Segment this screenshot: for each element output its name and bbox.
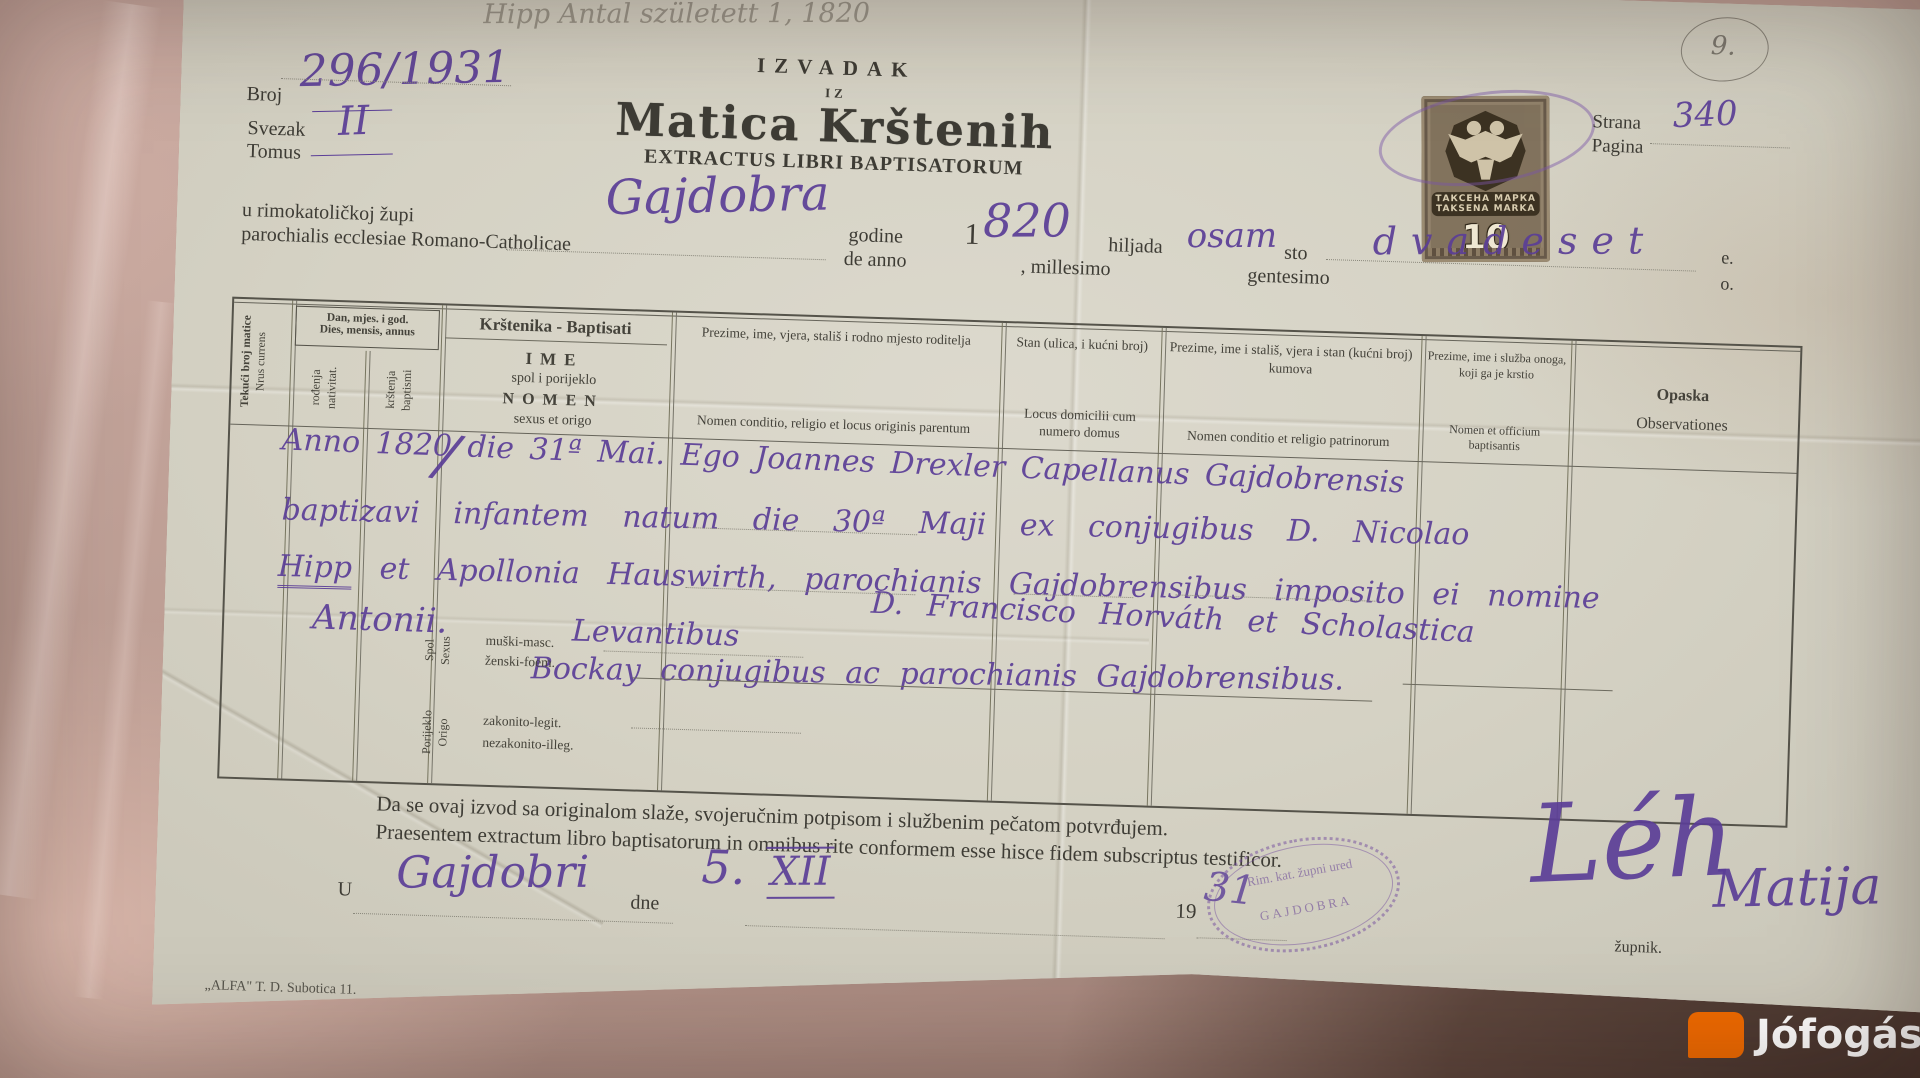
pencil-note: Hipp Antal született 1, 1820 [483,0,870,30]
porijeklo-option-2: nezakonito-illeg. [482,735,574,754]
year-written: 820 [983,193,1071,247]
column-header-stan: Stan (ulica, i kućni broj) Locus domicil… [1002,333,1159,444]
o-label: o. [1720,273,1734,294]
date-month-written: XII [766,847,834,899]
place-label-u: U [337,878,352,901]
row-label-porijeklo: Porijeklo Origo [418,692,454,773]
porijeklo-opt1-text: zakonito-legit. [483,713,562,730]
krstitelj-la: Nomen et officium baptisantis [1422,421,1567,457]
sto-label: sto [1284,242,1308,266]
date-day-written: 5. [701,840,747,895]
broj-label: Broj [246,83,282,107]
subcolumn-header-krstenja: krštenja baptismi [382,339,421,440]
pencil-page-number: 9. [1710,31,1736,62]
tomus-label: Tomus [246,140,301,165]
stamp-text-cyrillic: ТАКСЕНА МАРКА [1432,194,1540,204]
svezak-label: Svezak [247,117,305,142]
kumovi-hr: Prezime, ime i stališ, vjera i stan (kuć… [1164,338,1417,381]
year-prefix: 19 [1175,899,1197,925]
column-header-tekuci: Tekući broj matice Nrus currens [237,300,285,423]
porijeklo-la: Origo [434,692,452,772]
signature-last-name: Matija [1712,856,1882,920]
stamp-banner: ТАКСЕНА МАРКА TAKSENA MARKA [1432,192,1540,216]
stamp-text-latin: TAKSENA MARKA [1432,204,1540,214]
spol-opt2-text: ženski-foem. [485,653,556,670]
svezak-line-under [311,153,393,156]
spol-opt1-text: muški-masc. [485,633,554,650]
pagina-label: Pagina [1591,135,1643,159]
stan-hr: Stan (ulica, i kućni broj) [1005,333,1159,355]
rodjenja-la: nativitat. [323,338,342,438]
krstenja-la: baptismi [397,340,416,440]
krstitelj-hr: Prezime, ime i služba onoga, koji ga je … [1424,348,1569,384]
entry-child-name: Hipp [277,549,352,590]
printer-imprint: „ALFA" T. D. Subotica 11. [204,978,356,999]
column-header-ime: IME spol i porijeklo NOMEN sexus et orig… [438,345,668,433]
stan-la: Locus domicilii cum numero domus [1002,404,1157,444]
signature-first-name: Léh [1528,775,1738,908]
spol-la: Sexus [437,618,455,682]
gentesimo-label: gentesimo [1247,265,1330,291]
tens-written: dvadeset [1373,218,1658,263]
porijeklo-option-1: zakonito-legit. [483,713,562,731]
parish-name-written: Gajdobra [605,166,830,227]
column-header-roditelji: Prezime, ime, vjera, stališ i rodno mjes… [670,323,999,439]
place-dotted-line [353,913,673,924]
strana-value: 340 [1672,94,1738,136]
stamp-cancellation-oval [1372,77,1601,199]
spol-option-1: muški-masc. [485,633,554,651]
strana-dotted-line [1650,143,1790,148]
de-anno-label: de anno [843,248,906,273]
zupnik-label: župnik. [1614,938,1662,957]
jofogas-text: Jófogás [1756,1012,1920,1058]
godine-label: godine [848,224,903,249]
jofogas-logo-icon [1688,1012,1744,1058]
date-dotted-line [745,925,1165,939]
entry-line-4a: Levantibus [571,613,739,653]
spol-option-2: ženski-foem. [485,653,556,671]
parish-line-la: parochialis ecclesiae Romano-Catholicae [241,223,571,256]
thousand-written: osam [1187,216,1278,256]
strana-label: Strana [1592,111,1641,135]
broj-value: 296/1931 [299,42,511,97]
column-header-krstitelj: Prezime, ime i služba onoga, koji ga je … [1422,348,1569,456]
column-header-opaska: Opaska Observationes [1571,383,1794,440]
column-header-kumovi: Prezime, ime i stališ, vjera i stan (kuć… [1162,338,1417,452]
photo-background: Broj 296/1931 Svezak Tomus II Hipp Antal… [0,0,1920,1078]
document-paper: Broj 296/1931 Svezak Tomus II Hipp Antal… [152,0,1920,1061]
svezak-value: II [337,98,370,145]
year-printed: 1 [964,218,980,252]
millesimo-label: , millesimo [1020,255,1111,281]
row-label-spol: Spol Sexus [421,618,457,683]
porijeklo-opt2-text: nezakonito-illeg. [482,735,574,753]
e-label: e. [1721,247,1734,268]
dne-label: dne [630,891,660,915]
hiljada-label: hiljada [1108,234,1163,259]
place-written: Gajdobri [396,847,589,899]
watermark: Jófogás [1688,1012,1920,1058]
parish-stamp: Rim. kat. župni ured GAJDOBRA [1198,822,1410,967]
